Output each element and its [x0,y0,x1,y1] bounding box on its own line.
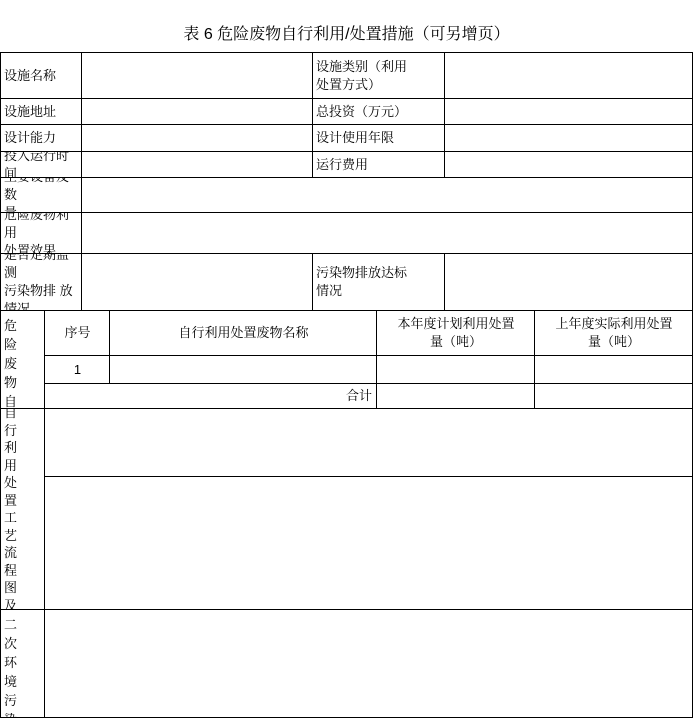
pollution-control-content[interactable] [45,610,692,717]
process-flow-section-label: 危险 废物 自行 利用 处置 工艺 流程 图及 工艺 说明 [1,409,45,610]
facility-name-value[interactable] [82,53,313,99]
process-flow-section: 危险 废物 自行 利用 处置 工艺 流程 图及 工艺 说明 [1,409,692,610]
facility-name-label: 设施名称 [1,53,82,99]
operation-start-label: 投入运行时间 [1,152,82,178]
table-row-planned-amount[interactable] [377,356,535,384]
table-row-serial: 1 [45,356,110,384]
monitoring-value[interactable] [82,254,313,311]
facility-address-value[interactable] [82,99,313,125]
process-flow-content-top[interactable] [45,409,692,477]
operation-cost-label: 运行费用 [313,152,445,178]
emission-compliance-value[interactable] [445,254,692,311]
page-title: 表 6 危险废物自行利用/处置措施（可另增页） [0,24,693,46]
facility-info-section: 设施名称 设施类别（利用 处置方式） 设施地址 总投资（万元） 设计能力 设计使… [1,53,692,311]
main-equipment-value[interactable] [82,178,692,213]
col-header-actual-amount: 上年度实际利用处置 量（吨） [535,311,692,356]
total-investment-value[interactable] [445,99,692,125]
operation-cost-value[interactable] [445,152,692,178]
disposal-effect-label: 危险废物利用 处置效果 [1,213,82,254]
table-row-actual-amount[interactable] [535,356,692,384]
disposal-effect-value[interactable] [82,213,692,254]
col-header-planned-amount: 本年度计划利用处置 量（吨） [377,311,535,356]
emission-compliance-label: 污染物排放达标 情况 [313,254,445,311]
self-disposal-section: 危险 废物 自行 利用 处置 情况 序号 自行利用处置废物名称 本年度计划利用处… [1,311,692,409]
self-disposal-section-label: 危险 废物 自行 利用 处置 情况 [1,311,45,409]
total-label: 合计 [45,384,377,409]
total-actual-value[interactable] [535,384,692,409]
design-life-label: 设计使用年限 [313,125,445,152]
design-life-value[interactable] [445,125,692,152]
main-equipment-label: 主要设备及数 量 [1,178,82,213]
total-planned-value[interactable] [377,384,535,409]
pollution-control-section-label: 二次 环境 污染 控制 和事 故预 防措 施 [1,610,45,717]
total-investment-label: 总投资（万元） [313,99,445,125]
design-capacity-label: 设计能力 [1,125,82,152]
form-table: 设施名称 设施类别（利用 处置方式） 设施地址 总投资（万元） 设计能力 设计使… [0,52,693,718]
operation-start-value[interactable] [82,152,313,178]
col-header-waste-name: 自行利用处置废物名称 [110,311,377,356]
facility-category-label: 设施类别（利用 处置方式） [313,53,445,99]
facility-address-label: 设施地址 [1,99,82,125]
process-flow-content-bottom[interactable] [45,477,692,610]
table-row-waste-name[interactable] [110,356,377,384]
col-header-serial: 序号 [45,311,110,356]
monitoring-label: 是否定期监测 污染物排 放 情况 [1,254,82,311]
facility-category-value[interactable] [445,53,692,99]
design-capacity-value[interactable] [82,125,313,152]
pollution-control-section: 二次 环境 污染 控制 和事 故预 防措 施 [1,610,692,717]
